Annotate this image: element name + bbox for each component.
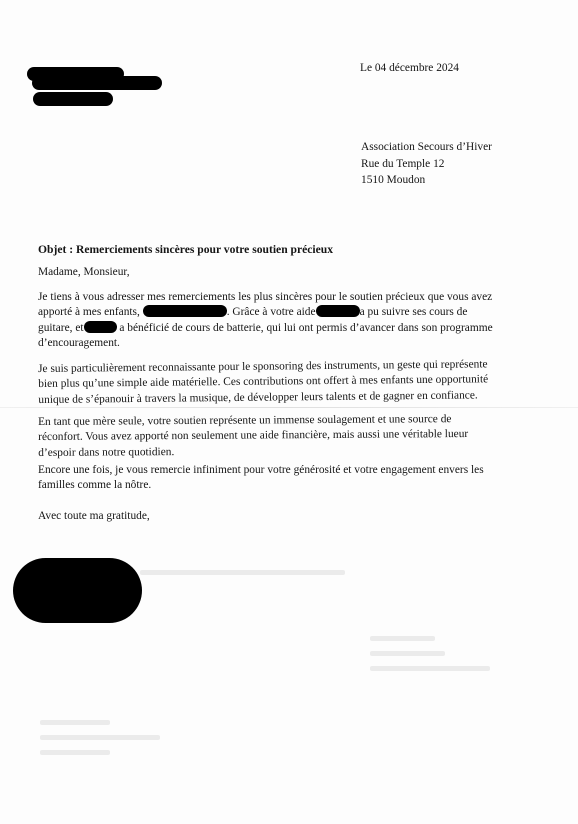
p1-line-3b: a bénéficié de cours de batterie, qui lu… <box>119 322 492 334</box>
redacted-sender-line-2 <box>32 76 162 90</box>
letter-closing: Avec toute ma gratitude, <box>38 509 150 524</box>
redacted-children-names <box>143 305 227 317</box>
letter-date: Le 04 décembre 2024 <box>360 61 459 76</box>
p1-line-2: apporté à mes enfants, . Grâce à votre a… <box>38 305 538 320</box>
show-through-text <box>140 570 345 575</box>
p1-line-4: d’encouragement. <box>38 336 538 351</box>
recipient-street: Rue du Temple 12 <box>361 156 492 173</box>
show-through-text <box>40 735 160 740</box>
paragraph-4: Encore une fois, je vous remercie infini… <box>38 463 538 494</box>
show-through-text <box>40 750 110 755</box>
p4-line-1: Encore une fois, je vous remercie infini… <box>38 463 538 478</box>
p3-line-3: d’espoir dans notre quotidien. <box>38 442 538 461</box>
redacted-signature <box>13 558 142 623</box>
p1-line-2c: a pu suivre ses cours de <box>360 306 468 318</box>
p1-line-3a: guitare, et <box>38 322 84 334</box>
recipient-city: 1510 Moudon <box>361 172 492 189</box>
redacted-child-name-1 <box>316 305 360 317</box>
show-through-text <box>40 720 110 725</box>
paper-fold-line <box>0 407 578 408</box>
letter-subject: Objet : Remerciements sincères pour votr… <box>38 242 333 257</box>
show-through-text <box>370 666 490 671</box>
letter-greeting: Madame, Monsieur, <box>38 265 130 280</box>
recipient-address: Association Secours d’Hiver Rue du Templ… <box>361 139 492 189</box>
paragraph-2: Je suis particulièrement reconnaissante … <box>38 357 538 408</box>
p1-line-2a: apporté à mes enfants, <box>38 306 140 318</box>
redacted-child-name-2 <box>84 321 117 333</box>
p1-line-3: guitare, et a bénéficié de cours de batt… <box>38 321 538 336</box>
show-through-text <box>370 651 445 656</box>
recipient-name: Association Secours d’Hiver <box>361 139 492 156</box>
letter-page: Le 04 décembre 2024 Association Secours … <box>0 0 578 824</box>
p1-line-1: Je tiens à vous adresser mes remerciemen… <box>38 290 538 305</box>
show-through-text <box>370 636 435 641</box>
p4-line-2: familles comme la nôtre. <box>38 478 538 493</box>
p1-line-2b: . Grâce à votre aide <box>227 306 316 318</box>
paragraph-1: Je tiens à vous adresser mes remerciemen… <box>38 290 538 351</box>
redacted-sender-line-3 <box>33 92 113 106</box>
paragraph-3: En tant que mère seule, votre soutien re… <box>38 412 538 461</box>
